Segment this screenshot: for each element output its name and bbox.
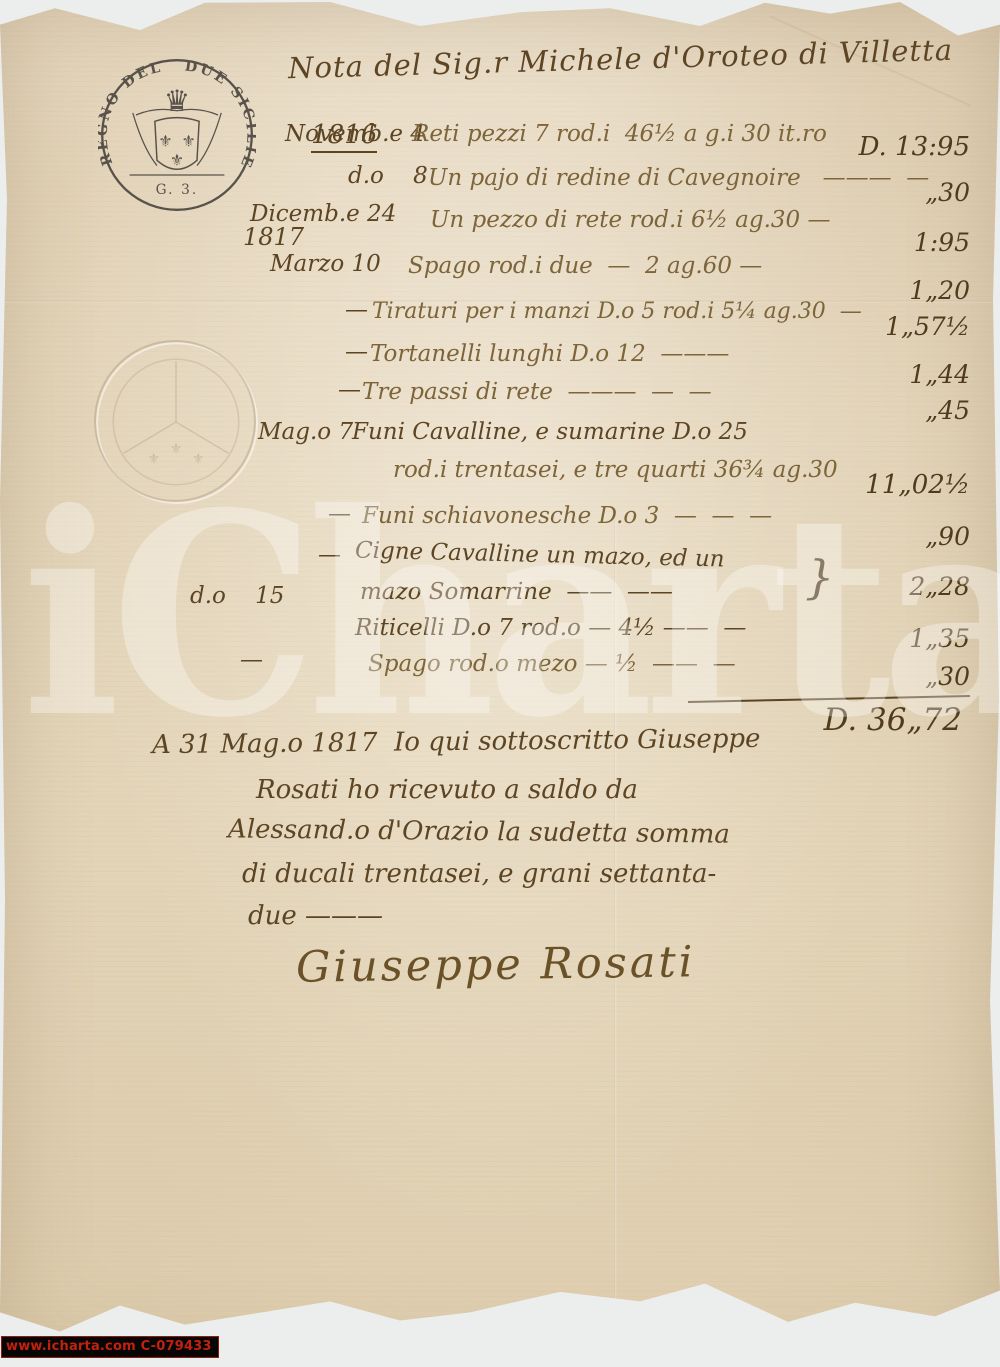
ledger-row-date: d.o 15 <box>190 584 284 609</box>
total-amount: D. 36„72 <box>824 702 962 738</box>
archive-label: www.icharta.com C-079433 <box>1 1336 219 1358</box>
ledger-row-amount: 11„02½ <box>865 470 970 500</box>
seal-outer-ring <box>95 341 255 501</box>
revenue-stamp: REGNO DELLE DUE SICILIE ♛ ⚜ ⚜ ⚜ G. 3. <box>98 56 256 214</box>
ledger-row-date: Marzo 10 <box>270 252 381 277</box>
receipt-line: Alessand.o d'Orazio la sudetta somma <box>228 815 730 849</box>
fleur-de-lis-icon: ⚜ <box>170 441 183 457</box>
receipt-line: Rosati ho ricevuto a saldo da <box>256 776 638 805</box>
ledger-row-date: Novemb.e 4 <box>285 122 425 147</box>
ledger-row-date: d.o 8 <box>348 164 428 189</box>
fleur-de-lis-icon: ⚜ <box>170 151 184 170</box>
ledger-row-desc: Spago rod.o mezo — ½ —— — <box>368 652 736 677</box>
ledger-row-amount: D. 13:95 <box>859 132 970 162</box>
ledger-row-amount: 1„20 <box>909 276 970 305</box>
ledger-row-desc: Spago rod.i due — 2 ag.60 — <box>408 254 762 279</box>
ledger-row-date: — <box>318 543 341 568</box>
ledger-row-date: — <box>345 340 368 365</box>
ledger-row-date: — <box>240 648 263 673</box>
receipt-line: di ducali trentasei, e grani settanta- <box>242 860 716 889</box>
ledger-row-desc: Un pajo di redine di Cavegnoire ——— — <box>428 166 929 191</box>
ledger-row-amount: „30 <box>925 662 970 691</box>
ledger-row-date: — <box>338 378 361 403</box>
ledger-row-amount: „30 <box>925 178 970 207</box>
embossed-seal: ⚜ ⚜ ⚜ <box>90 336 262 508</box>
seal-shield-divisions <box>123 361 228 453</box>
fleur-de-lis-icon: ⚜ <box>147 451 160 467</box>
ledger-row-date: — <box>345 298 368 323</box>
scanned-document: REGNO DELLE DUE SICILIE ♛ ⚜ ⚜ ⚜ G. 3. ⚜ … <box>0 0 1000 1367</box>
receipt-line: A 31 Mag.o 1817 Io qui sottoscritto Gius… <box>152 725 761 760</box>
signature: Giuseppe Rosati <box>296 939 696 992</box>
ledger-row-desc: Tiraturi per i manzi D.o 5 rod.i 5¼ ag.3… <box>372 300 862 324</box>
fleur-de-lis-icon: ⚜ <box>182 132 196 151</box>
fleur-de-lis-icon: ⚜ <box>158 132 172 151</box>
stamp-denomination: G. 3. <box>156 182 199 198</box>
ledger-row-desc: Funi Cavalline, e sumarine D.o 25 <box>352 420 748 445</box>
receipt-line: due ——— <box>248 902 383 931</box>
fleur-de-lis-icon: ⚜ <box>192 451 205 467</box>
ledger-row-date: — <box>328 502 351 527</box>
ledger-row-amount: „45 <box>925 396 970 425</box>
ledger-row-amount: 1„44 <box>909 360 970 389</box>
crown-icon: ♛ <box>164 84 190 118</box>
stamp-arc-right-text: DUE SICILIE <box>184 58 256 171</box>
ledger-row-amount: 1„35 <box>909 624 970 653</box>
ledger-row-amount: 1:95 <box>914 228 970 257</box>
ledger-brace: } <box>805 552 834 603</box>
ledger-row-desc: mazo Somarrine —— —— <box>360 580 673 605</box>
ledger-row-amount: „90 <box>925 522 970 551</box>
ledger-row-desc: Tre passi di rete ——— — — <box>362 380 712 405</box>
ledger-row-desc: rod.i trentasei, e tre quarti 36¾ ag.30 <box>393 458 838 483</box>
svg-text:DUE SICILIE: DUE SICILIE <box>184 58 256 171</box>
ledger-row-desc: Un pezzo di rete rod.i 6½ ag.30 — <box>430 208 831 233</box>
ledger-row-desc: Riticelli D.o 7 rod.o — 4½ —— — <box>355 616 746 641</box>
ledger-row-desc: Tortanelli lunghi D.o 12 ——— <box>370 342 729 367</box>
ledger-row-amount: 2„28 <box>909 572 970 601</box>
stamp-arc-left-text: REGNO DELLE <box>98 56 164 168</box>
year-1817: 1817 <box>243 224 304 250</box>
ledger-row-amount: 1„57½ <box>885 312 970 341</box>
ledger-row-desc: Funi schiavonesche D.o 3 — — — <box>362 504 772 529</box>
svg-text:REGNO DELLE: REGNO DELLE <box>98 56 164 168</box>
ledger-row-desc: Reti pezzi 7 rod.i 46½ a g.i 30 it.ro <box>412 122 827 147</box>
ledger-row-date: Mag.o 7 <box>258 420 353 445</box>
